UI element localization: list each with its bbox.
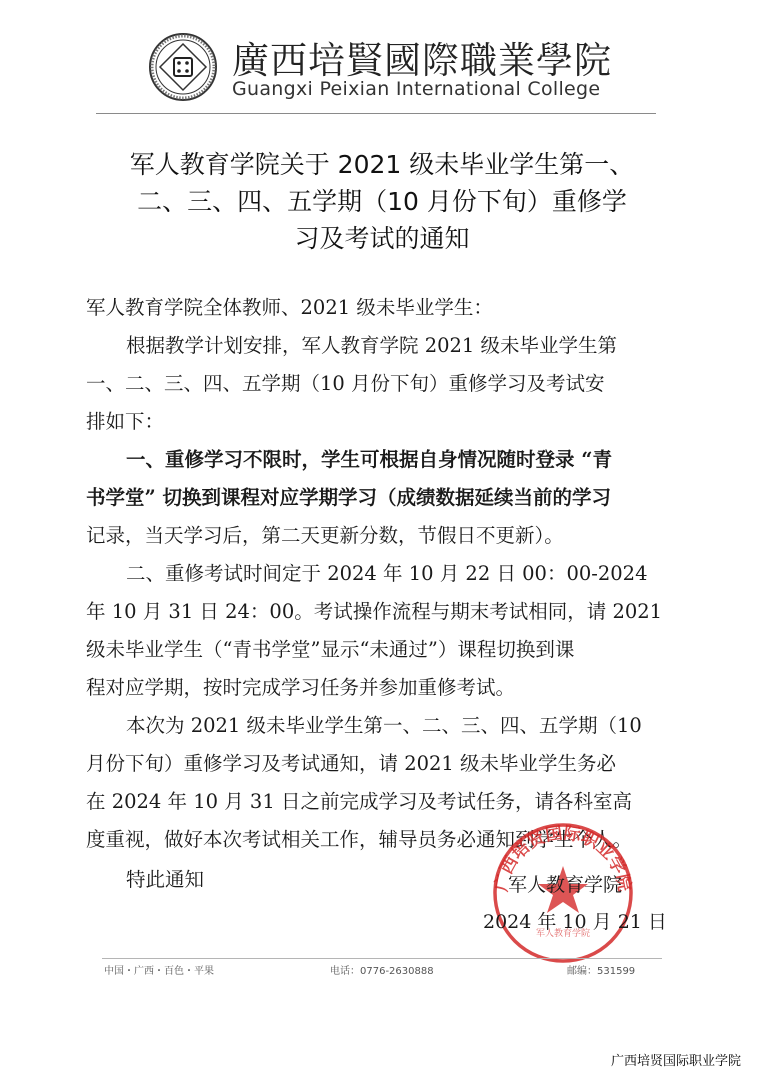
notice-end: 特此通知 — [126, 864, 204, 892]
salutation: 军人教育学院全体教师、2021 级未毕业学生： — [86, 292, 493, 320]
intro-line: 排如下： — [86, 406, 164, 434]
item1-line: 一、重修学习不限时，学生可根据自身情况随时登录 “青 — [126, 444, 612, 472]
issue-date: 2024 年 10 月 21 日 — [483, 907, 667, 934]
item2-line: 级未毕业学生（“青书学堂”显示“未通过”）课程切换到课 — [86, 634, 574, 662]
item2-line: 二、重修考试时间定于 2024 年 10 月 22 日 00：00-2024 — [126, 558, 647, 586]
intro-line: 一、二、三、四、五学期（10 月份下旬）重修学习及考试安 — [86, 368, 605, 396]
item2-line: 年 10 月 31 日 24：00。考试操作流程与期末考试相同，请 2021 — [86, 596, 662, 624]
item2-line: 程对应学期，按时完成学习任务并参加重修考试。 — [86, 672, 515, 700]
header-divider — [96, 113, 656, 114]
issuer-signature: 军人教育学院 — [508, 870, 622, 897]
closing-line: 本次为 2021 级未毕业学生第一、二、三、四、五学期（10 — [126, 710, 642, 738]
title-line: 军人教育学院关于 2021 级未毕业学生第一、 — [92, 146, 672, 183]
title-line: 二、三、四、五学期（10 月份下旬）重修学 — [92, 183, 672, 220]
closing-line: 在 2024 年 10 月 31 日之前完成学习及考试任务，请各科室高 — [86, 786, 632, 814]
closing-line: 月份下旬）重修学习及考试通知，请 2021 级未毕业学生务必 — [86, 748, 616, 776]
footer-phone: 电话：0776-2630888 — [330, 962, 434, 977]
college-name-en: Guangxi Peixian International College — [232, 78, 600, 100]
footer-postcode: 邮编：531599 — [567, 962, 635, 977]
footer-address: 中国・广西・百色・平果 — [104, 962, 214, 977]
item1-line: 记录，当天学习后，第二天更新分数，节假日不更新）。 — [86, 520, 564, 548]
intro-line: 根据教学计划安排，军人教育学院 2021 级未毕业学生第 — [126, 330, 617, 358]
footer-divider — [102, 958, 662, 959]
title-line: 习及考试的通知 — [92, 220, 672, 257]
college-name-cn: 廣西培賢國際職業學院 — [232, 30, 612, 84]
item1-line: 书学堂” 切换到课程对应学期学习（成绩数据延续当前的学习 — [86, 482, 611, 510]
notice-title: 军人教育学院关于 2021 级未毕业学生第一、 二、三、四、五学期（10 月份下… — [92, 146, 672, 257]
source-watermark: 广西培贤国际职业学院 — [611, 1050, 741, 1069]
letterhead: 廣西培賢國際職業學院 Guangxi Peixian International… — [148, 28, 598, 110]
notice-document: 廣西培賢國際職業學院 Guangxi Peixian International… — [0, 0, 763, 1080]
college-seal-icon — [148, 32, 218, 102]
